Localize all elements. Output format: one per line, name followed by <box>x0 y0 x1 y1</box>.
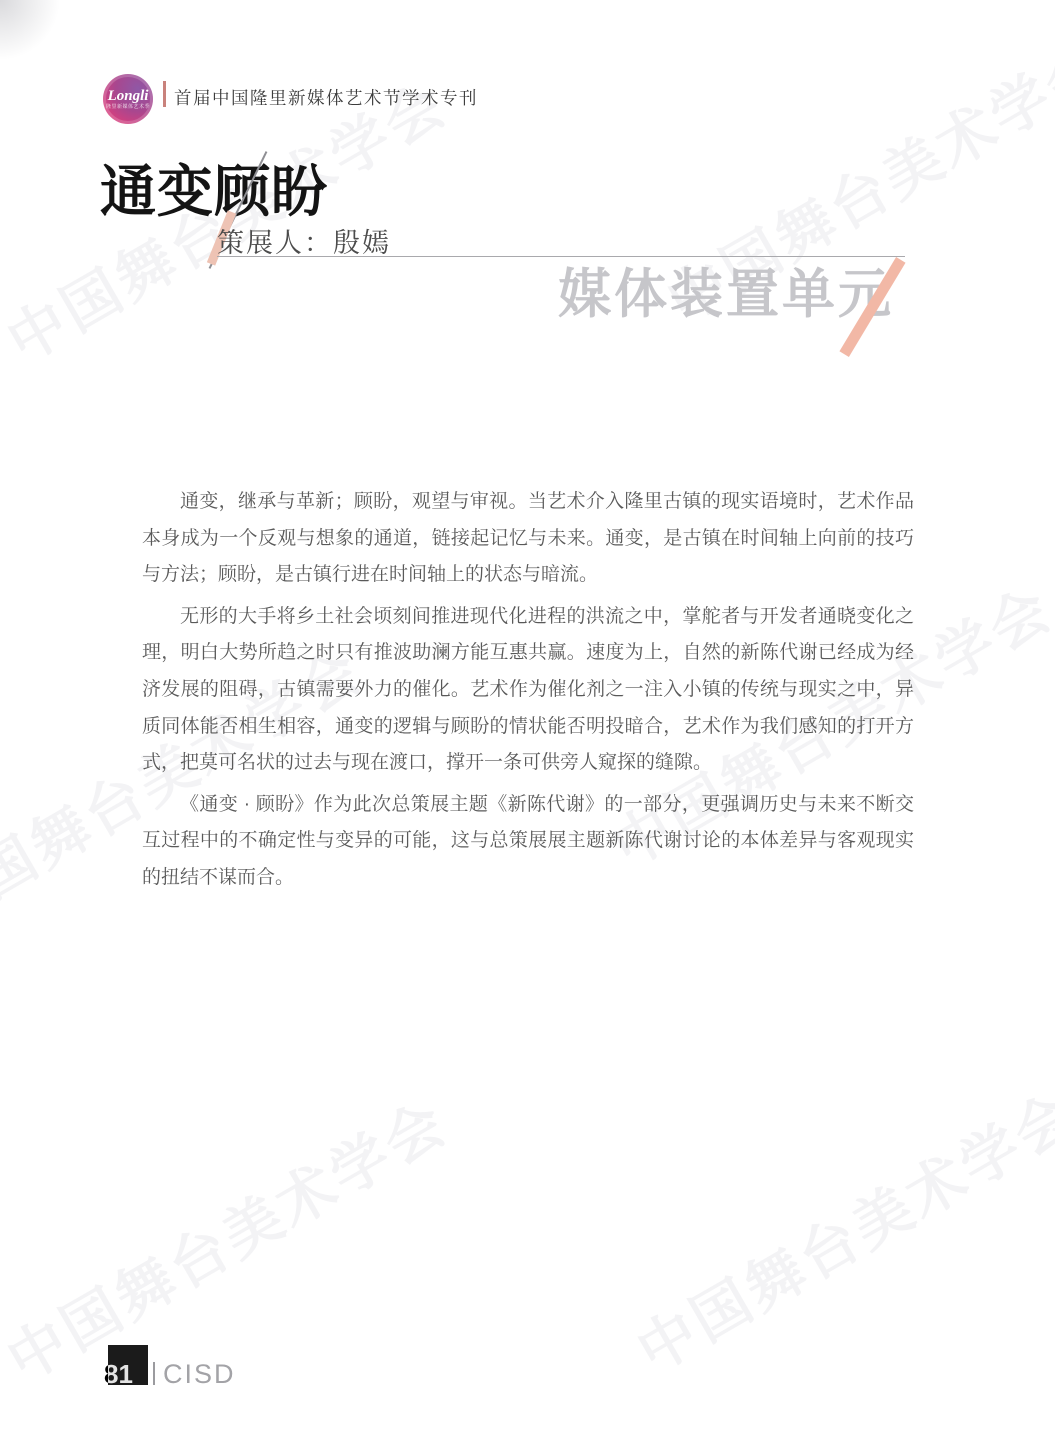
article-body: 通变，继承与革新；顾盼，观望与审视。当艺术介入隆里古镇的现实语境时，艺术作品本身… <box>142 484 914 902</box>
journal-title: 首届中国隆里新媒体艺术节学术专刊 <box>174 85 478 110</box>
paragraph: 无形的大手将乡土社会顷刻间推进现代化进程的洪流之中，掌舵者与开发者通晓变化之理，… <box>142 599 914 782</box>
longli-festival-logo-icon: Longli 隆里新媒体艺术季 <box>103 74 153 124</box>
page-header: Longli 隆里新媒体艺术季 首届中国隆里新媒体艺术节学术专刊 <box>103 74 478 124</box>
header-divider-bar <box>163 81 166 107</box>
logo-script-text: Longli <box>108 89 149 103</box>
article-title: 通变顾盼 <box>100 148 328 228</box>
watermark-text: 中国舞台美术学会 <box>619 1068 1055 1389</box>
curator-line: 策展人：殷嫣 <box>217 221 391 260</box>
journal-page: 中国舞台美术学会 中国舞台美术学会 中国舞台美术学会 中国舞台美术学会 中国舞台… <box>0 0 1055 1454</box>
logo-sub-text: 隆里新媒体艺术季 <box>106 103 150 110</box>
journal-abbreviation: CISD <box>163 1359 236 1390</box>
page-number: 81 <box>104 1359 133 1390</box>
watermark-text: 中国舞台美术学会 <box>0 1077 461 1398</box>
page-corner-shadow <box>0 0 70 60</box>
paragraph: 《通变 · 顾盼》作为此次总策展主题《新陈代谢》的一部分，更强调历史与未来不断交… <box>142 787 914 897</box>
footer-divider-bar <box>153 1362 155 1385</box>
paragraph: 通变，继承与革新；顾盼，观望与审视。当艺术介入隆里古镇的现实语境时，艺术作品本身… <box>142 484 914 594</box>
section-title: 媒体装置单元 <box>558 252 894 328</box>
